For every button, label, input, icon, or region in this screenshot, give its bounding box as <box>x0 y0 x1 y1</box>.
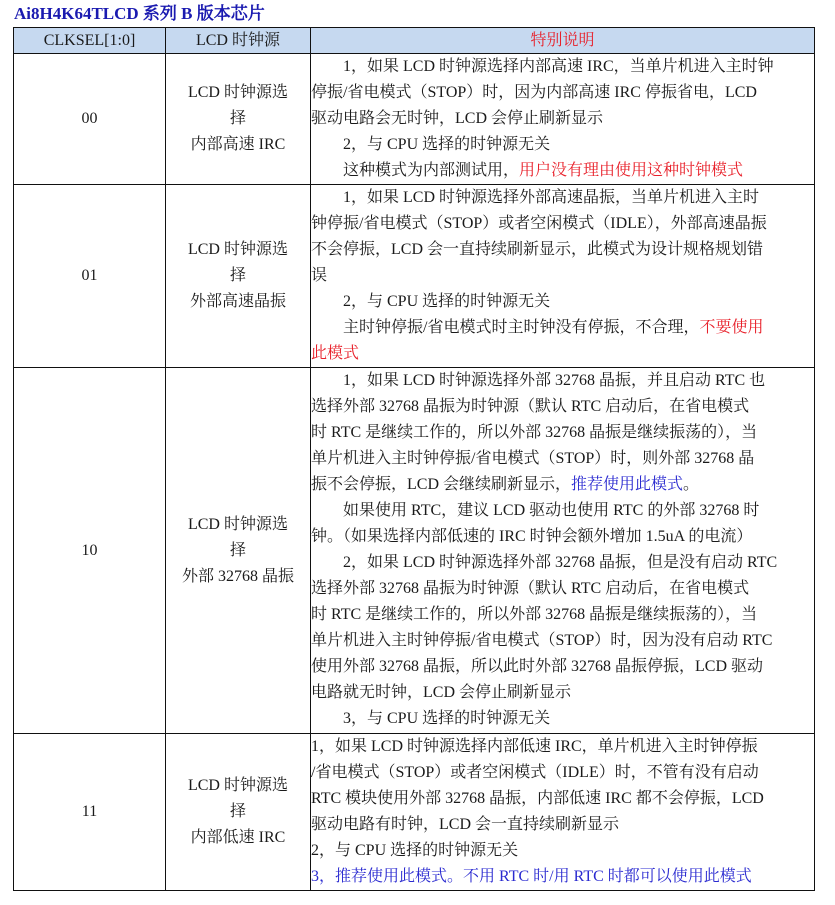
clksel-value: 00 <box>14 54 166 185</box>
note-line: 3，推荐使用此模式。不用 RTC 时/用 RTC 时都可以使用此模式 <box>311 864 814 890</box>
note-line: 单片机进入主时钟停振/省电模式（STOP）时，则外部 32768 晶 <box>311 446 814 472</box>
note-text: 钟停振/省电模式（STOP）或者空闲模式（IDLE），外部高速晶振 <box>311 215 767 232</box>
clock-source-text: 择 <box>166 799 310 825</box>
note-line: 2，与 CPU 选择的时钟源无关 <box>311 132 814 158</box>
note-text: 2，如果 LCD 时钟源选择外部 32768 晶振，但是没有启动 RTC <box>343 554 777 571</box>
note-text: 不会停振，LCD 会一直持续刷新显示，此模式为设计规格规划错 <box>311 241 763 258</box>
note-text: 选择外部 32768 晶振为时钟源（默认 RTC 启动后，在省电模式 <box>311 398 749 415</box>
lcd-clock-source-cell: LCD 时钟源选择内部高速 IRC <box>166 54 311 185</box>
note-line: 2，与 CPU 选择的时钟源无关 <box>311 289 814 315</box>
table-header-row: CLKSEL[1:0] LCD 时钟源 特别说明 <box>14 28 815 54</box>
note-text: 2，与 CPU 选择的时钟源无关 <box>343 293 550 310</box>
special-notes-cell: 1，如果 LCD 时钟源选择内部低速 IRC，单片机进入主时钟停振/省电模式（S… <box>311 734 815 891</box>
note-line: 如果使用 RTC，建议 LCD 驱动也使用 RTC 的外部 32768 时 <box>311 498 814 524</box>
clksel-value: 11 <box>14 734 166 891</box>
note-text: /省电模式（STOP）或者空闲模式（IDLE）时，不管有没有启动 <box>311 764 759 781</box>
table-row: 11LCD 时钟源选择内部低速 IRC1，如果 LCD 时钟源选择内部低速 IR… <box>14 734 815 891</box>
note-text: 停振/省电模式（STOP）时，因为内部高速 IRC 停振省电，LCD <box>311 84 757 101</box>
special-notes-cell: 1，如果 LCD 时钟源选择内部高速 IRC，当单片机进入主时钟停振/省电模式（… <box>311 54 815 185</box>
clock-source-text: LCD 时钟源选 <box>166 80 310 106</box>
warning-text: 不要使用 <box>699 319 763 336</box>
note-text: 单片机进入主时钟停振/省电模式（STOP）时，则外部 32768 晶 <box>311 450 754 467</box>
note-text: RTC 模块使用外部 32768 晶振，内部低速 IRC 都不会停振，LCD <box>311 790 764 807</box>
note-line: RTC 模块使用外部 32768 晶振，内部低速 IRC 都不会停振，LCD <box>311 786 814 812</box>
note-line: 振不会停振，LCD 会继续刷新显示，推荐使用此模式。 <box>311 472 814 498</box>
note-line: /省电模式（STOP）或者空闲模式（IDLE）时，不管有没有启动 <box>311 760 814 786</box>
note-line: 2，如果 LCD 时钟源选择外部 32768 晶振，但是没有启动 RTC <box>311 550 814 576</box>
table-row: 01LCD 时钟源选择外部高速晶振1，如果 LCD 时钟源选择外部高速晶振，当单… <box>14 185 815 368</box>
recommendation-text: 推荐使用此模式 <box>571 476 683 493</box>
note-line: 1，如果 LCD 时钟源选择内部低速 IRC，单片机进入主时钟停振 <box>311 734 814 760</box>
header-special-notes: 特别说明 <box>311 28 815 54</box>
note-line: 单片机进入主时钟停振/省电模式（STOP）时，因为没有启动 RTC <box>311 628 814 654</box>
clock-source-text: LCD 时钟源选 <box>166 512 310 538</box>
clock-source-text: 择 <box>166 263 310 289</box>
note-line: 1，如果 LCD 时钟源选择外部高速晶振，当单片机进入主时 <box>311 185 814 211</box>
note-line: 误 <box>311 263 814 289</box>
note-text: 误 <box>311 267 327 284</box>
note-line: 3，与 CPU 选择的时钟源无关 <box>311 706 814 732</box>
note-line: 驱动电路有时钟，LCD 会一直持续刷新显示 <box>311 812 814 838</box>
clock-source-text: LCD 时钟源选 <box>166 773 310 799</box>
note-text: 时 RTC 是继续工作的，所以外部 32768 晶振是继续振荡的），当 <box>311 424 757 441</box>
clock-source-text: 内部高速 IRC <box>166 132 310 158</box>
clock-source-text: 择 <box>166 538 310 564</box>
note-line: 选择外部 32768 晶振为时钟源（默认 RTC 启动后，在省电模式 <box>311 576 814 602</box>
clock-source-text: 外部高速晶振 <box>166 289 310 315</box>
warning-text: 用户没有理由使用这种时钟模式 <box>519 162 743 179</box>
clksel-table: CLKSEL[1:0] LCD 时钟源 特别说明 00LCD 时钟源选择内部高速… <box>13 27 815 891</box>
clock-source-text: 内部低速 IRC <box>166 825 310 851</box>
note-line: 不会停振，LCD 会一直持续刷新显示，此模式为设计规格规划错 <box>311 237 814 263</box>
note-text: 振不会停振，LCD 会继续刷新显示， <box>311 476 571 493</box>
note-text: 钟。（如果选择内部低速的 IRC 时钟会额外增加 1.5uA 的电流） <box>311 528 752 545</box>
note-line: 时 RTC 是继续工作的，所以外部 32768 晶振是继续振荡的），当 <box>311 420 814 446</box>
table-row: 10LCD 时钟源选择外部 32768 晶振1，如果 LCD 时钟源选择外部 3… <box>14 368 815 734</box>
note-line: 钟。（如果选择内部低速的 IRC 时钟会额外增加 1.5uA 的电流） <box>311 524 814 550</box>
note-line: 电路就无时钟，LCD 会停止刷新显示 <box>311 680 814 706</box>
lcd-clock-source-cell: LCD 时钟源选择外部高速晶振 <box>166 185 311 368</box>
document-title: Ai8H4K64TLCD 系列 B 版本芯片 <box>14 3 265 25</box>
recommendation-text: 3，推荐使用此模式。不用 RTC 时/用 RTC 时都可以使用此模式 <box>311 868 752 885</box>
note-line: 选择外部 32768 晶振为时钟源（默认 RTC 启动后，在省电模式 <box>311 394 814 420</box>
note-line: 1，如果 LCD 时钟源选择内部高速 IRC，当单片机进入主时钟 <box>311 54 814 80</box>
note-text: 电路就无时钟，LCD 会停止刷新显示 <box>311 684 571 701</box>
clock-source-text: 外部 32768 晶振 <box>166 564 310 590</box>
note-text: 这种模式为内部测试用， <box>343 162 519 179</box>
clksel-value: 10 <box>14 368 166 734</box>
note-text: 。 <box>683 476 699 493</box>
note-text: 3，与 CPU 选择的时钟源无关 <box>343 710 550 727</box>
note-text: 主时钟停振/省电模式时主时钟没有停振，不合理， <box>343 319 699 336</box>
note-line: 2，与 CPU 选择的时钟源无关 <box>311 838 814 864</box>
lcd-clock-source-cell: LCD 时钟源选择内部低速 IRC <box>166 734 311 891</box>
note-text: 如果使用 RTC，建议 LCD 驱动也使用 RTC 的外部 32768 时 <box>343 502 759 519</box>
note-text: 选择外部 32768 晶振为时钟源（默认 RTC 启动后，在省电模式 <box>311 580 749 597</box>
clock-source-text: LCD 时钟源选 <box>166 237 310 263</box>
header-clksel: CLKSEL[1:0] <box>14 28 166 54</box>
note-line: 1，如果 LCD 时钟源选择外部 32768 晶振，并且启动 RTC 也 <box>311 368 814 394</box>
note-text: 驱动电路会无时钟，LCD 会停止刷新显示 <box>311 110 603 127</box>
note-line: 使用外部 32768 晶振，所以此时外部 32768 晶振停振，LCD 驱动 <box>311 654 814 680</box>
note-text: 1，如果 LCD 时钟源选择内部低速 IRC，单片机进入主时钟停振 <box>311 738 758 755</box>
note-text: 使用外部 32768 晶振，所以此时外部 32768 晶振停振，LCD 驱动 <box>311 658 763 675</box>
note-text: 1，如果 LCD 时钟源选择外部高速晶振，当单片机进入主时 <box>343 189 759 206</box>
special-notes-cell: 1，如果 LCD 时钟源选择外部 32768 晶振，并且启动 RTC 也选择外部… <box>311 368 815 734</box>
table-row: 00LCD 时钟源选择内部高速 IRC1，如果 LCD 时钟源选择内部高速 IR… <box>14 54 815 185</box>
note-text: 2，与 CPU 选择的时钟源无关 <box>311 842 518 859</box>
note-line: 驱动电路会无时钟，LCD 会停止刷新显示 <box>311 106 814 132</box>
lcd-clock-source-cell: LCD 时钟源选择外部 32768 晶振 <box>166 368 311 734</box>
note-text: 2，与 CPU 选择的时钟源无关 <box>343 136 550 153</box>
note-line: 钟停振/省电模式（STOP）或者空闲模式（IDLE），外部高速晶振 <box>311 211 814 237</box>
note-line: 时 RTC 是继续工作的，所以外部 32768 晶振是继续振荡的），当 <box>311 602 814 628</box>
special-notes-cell: 1，如果 LCD 时钟源选择外部高速晶振，当单片机进入主时钟停振/省电模式（ST… <box>311 185 815 368</box>
clock-source-text: 择 <box>166 106 310 132</box>
note-line: 此模式 <box>311 341 814 367</box>
note-text: 单片机进入主时钟停振/省电模式（STOP）时，因为没有启动 RTC <box>311 632 772 649</box>
note-text: 1，如果 LCD 时钟源选择内部高速 IRC，当单片机进入主时钟 <box>343 58 774 75</box>
clksel-value: 01 <box>14 185 166 368</box>
note-text: 1，如果 LCD 时钟源选择外部 32768 晶振，并且启动 RTC 也 <box>343 372 765 389</box>
note-text: 时 RTC 是继续工作的，所以外部 32768 晶振是继续振荡的），当 <box>311 606 757 623</box>
warning-text: 此模式 <box>311 345 359 362</box>
note-text: 驱动电路有时钟，LCD 会一直持续刷新显示 <box>311 816 619 833</box>
header-lcd-clock-source: LCD 时钟源 <box>166 28 311 54</box>
note-line: 这种模式为内部测试用，用户没有理由使用这种时钟模式 <box>311 158 814 184</box>
note-line: 停振/省电模式（STOP）时，因为内部高速 IRC 停振省电，LCD <box>311 80 814 106</box>
note-line: 主时钟停振/省电模式时主时钟没有停振，不合理，不要使用 <box>311 315 814 341</box>
